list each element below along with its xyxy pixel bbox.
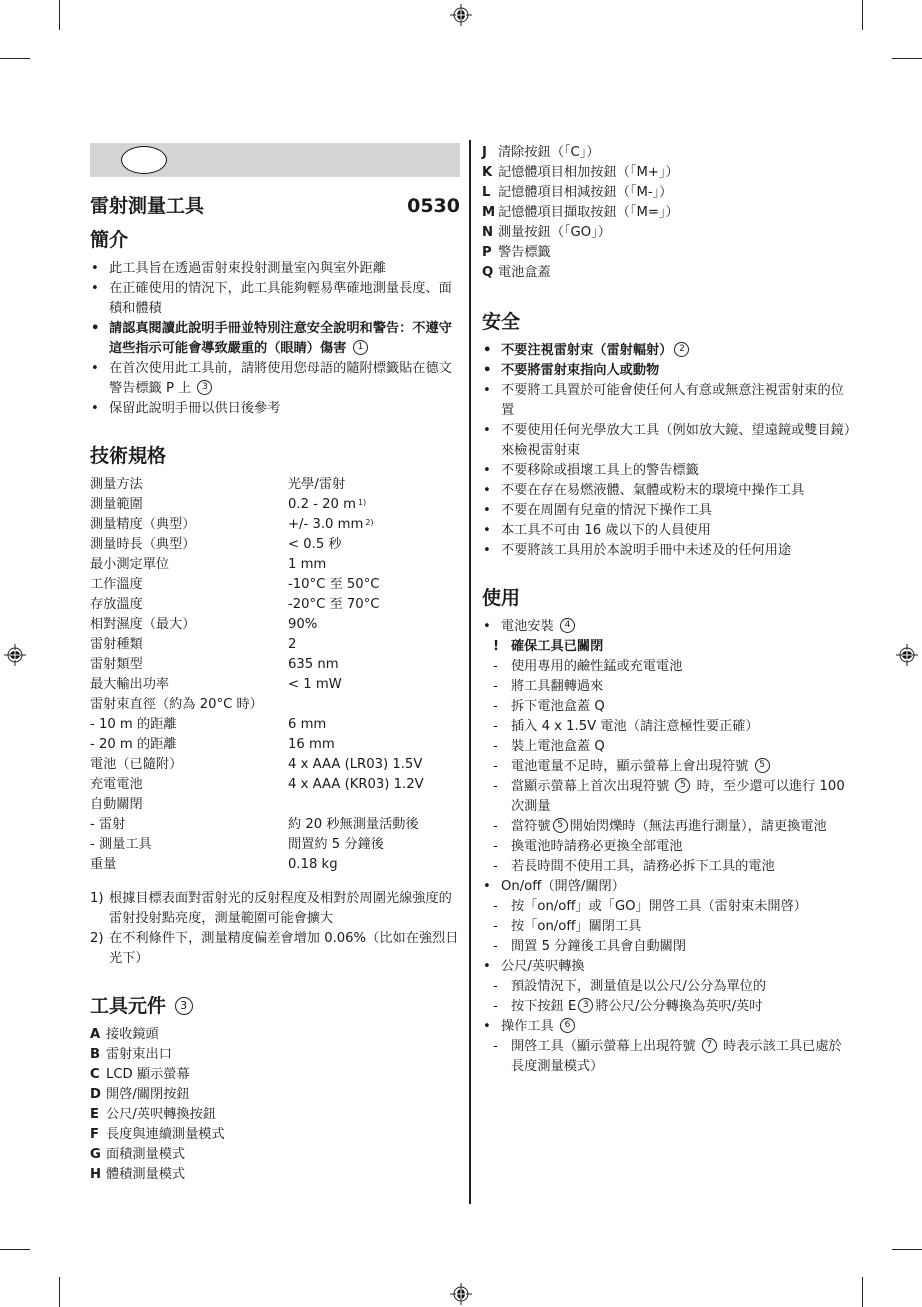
footnotes: 1)根據目標表面對雷射光的反射程度及相對於周圍光線強度的雷射投射點亮度，測量範圍… [90, 889, 460, 969]
document-title: 雷射測量工具 [90, 193, 204, 219]
registration-mark-icon [450, 1283, 472, 1305]
figure-ref-icon: 3 [175, 997, 193, 1015]
step-item: -拆下電池盒蓋 Q [482, 697, 854, 717]
document-title-row: 雷射測量工具 0530 [90, 193, 460, 219]
step-item: -當顯示螢幕上首次出現符號 5 時，至少還可以進行 100 次測量 [482, 777, 854, 817]
figure-ref-icon: 2 [674, 342, 689, 357]
left-column: 雷射測量工具 0530 簡介 此工具旨在透過雷射束投射測量室內與室外距離 在正確… [90, 143, 460, 1185]
parts-list: A接收鏡頭 B雷射束出口 CLCD 顯示螢幕 D開啓/關閉按鈕 E公尺/英呎轉換… [90, 1025, 460, 1185]
list-item-battery: 電池安裝 4 [482, 617, 854, 637]
list-item: K記憶體項目相加按鈕（「M+」） [482, 163, 854, 183]
list-item-units: 公尺/英呎轉換 [482, 957, 854, 977]
safety-heading: 安全 [482, 309, 854, 335]
step-item: -換電池時請務必更換全部電池 [482, 837, 854, 857]
list-item: 保留此說明手冊以供日後參考 [90, 399, 460, 419]
footnote: 2)在不利條件下，測量精度偏差會增加 0.06%（比如在強烈日光下） [90, 929, 460, 969]
table-row: 測量時長（典型）< 0.5 秒 [90, 535, 460, 555]
table-row: - 雷射約 20 秒無測量活動後 [90, 815, 460, 835]
table-row: 測量方法光學/雷射 [90, 475, 460, 495]
list-item: 不要將工具置於可能會使任何人有意或無意注視雷射束的位置 [482, 381, 854, 421]
list-item: F長度與連續測量模式 [90, 1125, 460, 1145]
registration-mark-icon [896, 644, 918, 666]
parts-heading: 工具元件 3 [90, 993, 460, 1019]
crop-mark [0, 58, 30, 59]
list-item: L記憶體項目相減按鈕（「M-」） [482, 183, 854, 203]
battery-symbol-ref-icon: 5 [553, 818, 568, 833]
list-item: 在首次使用此工具前，請將使用您母語的隨附標籤貼在德文警告標籤 P 上 3 [90, 359, 460, 399]
model-number: 0530 [407, 193, 460, 219]
figure-ref-icon: 1 [353, 340, 368, 355]
usage-heading: 使用 [482, 585, 854, 611]
crop-mark [862, 0, 863, 30]
usage-list-operate: 操作工具 6 [482, 1017, 854, 1037]
table-row: 電池（已隨附）4 x AAA (LR03) 1.5V [90, 755, 460, 775]
step-item: -電池電量不足時，顯示螢幕上會出現符號 5 [482, 757, 854, 777]
table-row: 工作溫度-10°C 至 50°C [90, 575, 460, 595]
battery-symbol-ref-icon: 5 [755, 758, 770, 773]
list-item: 此工具旨在透過雷射束投射測量室內與室外距離 [90, 259, 460, 279]
figure-ref-icon: 4 [560, 618, 575, 633]
list-item: CLCD 顯示螢幕 [90, 1065, 460, 1085]
language-bar [90, 143, 460, 177]
usage-list-units: 公尺/英呎轉換 [482, 957, 854, 977]
table-row: - 10 m 的距離6 mm [90, 715, 460, 735]
usage-list-onoff: On/off（開啓/關閉） [482, 877, 854, 897]
list-item: 請認真閱讀此說明手冊並特別注意安全說明和警告：不遵守這些指示可能會導致嚴重的（眼… [90, 319, 460, 359]
step-item: -當符號5開始閃爍時（無法再進行測量），請更換電池 [482, 817, 854, 837]
table-row: 雷射種類2 [90, 635, 460, 655]
table-row: 最大輸出功率< 1 mW [90, 675, 460, 695]
list-item: B雷射束出口 [90, 1045, 460, 1065]
table-row: 測量範圍0.2 - 20 m1) [90, 495, 460, 515]
list-item: 不要注視雷射束（雷射輻射）2 [482, 341, 854, 361]
table-row: 測量精度（典型）+/- 3.0 mm2) [90, 515, 460, 535]
figure-ref-icon: 3 [197, 380, 212, 395]
language-badge [121, 146, 167, 174]
parts-list-continued: J清除按鈕（「C」） K記憶體項目相加按鈕（「M+」） L記憶體項目相減按鈕（「… [482, 143, 854, 283]
exclamation-icon: ! [493, 637, 499, 657]
warning-note: !確保工具已關閉 [482, 637, 854, 657]
crop-mark [59, 1277, 60, 1307]
step-item: -按下按鈕 E3將公尺/公分轉換為英呎/英吋 [482, 997, 854, 1017]
intro-heading: 簡介 [90, 227, 460, 253]
table-row: - 測量工具閒置約 5 分鐘後 [90, 835, 460, 855]
table-row: 相對濕度（最大）90% [90, 615, 460, 635]
table-row: - 20 m 的距離16 mm [90, 735, 460, 755]
figure-ref-icon: 3 [578, 998, 593, 1013]
column-divider [469, 140, 471, 1204]
list-item: 不要在存在易燃液體、氣體或粉末的環境中操作工具 [482, 481, 854, 501]
list-item: E公尺/英呎轉換按鈕 [90, 1105, 460, 1125]
step-item: -若長時間不使用工具，請務必拆下工具的電池 [482, 857, 854, 877]
list-item: 不要移除或損壞工具上的警告標籤 [482, 461, 854, 481]
step-item: -預設情況下，測量值是以公尺/公分為單位的 [482, 977, 854, 997]
table-row: 最小測定單位1 mm [90, 555, 460, 575]
crop-mark [892, 1249, 922, 1250]
table-row: 重量0.18 kg [90, 855, 460, 875]
step-item: -按「on/off」或「GO」開啓工具（雷射束未開啓） [482, 897, 854, 917]
step-item: -閒置 5 分鐘後工具會自動關閉 [482, 937, 854, 957]
figure-ref-icon: 6 [560, 1018, 575, 1033]
step-item: -開啓工具（顯示螢幕上出現符號 7 時表示該工具已處於長度測量模式） [482, 1037, 854, 1077]
table-row: 存放溫度-20°C 至 70°C [90, 595, 460, 615]
table-row: 充電電池4 x AAA (KR03) 1.2V [90, 775, 460, 795]
list-item: 在正確使用的情況下，此工具能夠輕易準確地測量長度、面積和體積 [90, 279, 460, 319]
list-item-onoff: On/off（開啓/關閉） [482, 877, 854, 897]
list-item: H體積測量模式 [90, 1165, 460, 1185]
footnote: 1)根據目標表面對雷射光的反射程度及相對於周圍光線強度的雷射投射點亮度，測量範圍… [90, 889, 460, 929]
list-item: J清除按鈕（「C」） [482, 143, 854, 163]
crop-mark [892, 58, 922, 59]
step-item: -裝上電池盒蓋 Q [482, 737, 854, 757]
list-item: D開啓/關閉按鈕 [90, 1085, 460, 1105]
list-item: M記憶體項目擷取按鈕（「M=」） [482, 203, 854, 223]
step-item: -使用專用的鹼性錳或充電電池 [482, 657, 854, 677]
list-item: Q電池盒蓋 [482, 263, 854, 283]
crop-mark [862, 1277, 863, 1307]
right-column: J清除按鈕（「C」） K記憶體項目相加按鈕（「M+」） L記憶體項目相減按鈕（「… [482, 143, 854, 1077]
crop-mark [59, 0, 60, 30]
list-item: 不要使用任何光學放大工具（例如放大鏡、望遠鏡或雙目鏡）來檢視雷射束 [482, 421, 854, 461]
safety-list: 不要注視雷射束（雷射輻射）2 不要將雷射束指向人或動物 不要將工具置於可能會使任… [482, 341, 854, 561]
battery-symbol-ref-icon: 5 [675, 778, 690, 793]
list-item: P警告標籤 [482, 243, 854, 263]
list-item: 不要將雷射束指向人或動物 [482, 361, 854, 381]
usage-list: 電池安裝 4 [482, 617, 854, 637]
table-row: 雷射束直徑（約為 20°C 時） [90, 695, 460, 715]
list-item-operate: 操作工具 6 [482, 1017, 854, 1037]
list-item: 不要將該工具用於本說明手冊中未述及的任何用途 [482, 541, 854, 561]
list-item: 本工具不可由 16 歲以下的人員使用 [482, 521, 854, 541]
specs-heading: 技術規格 [90, 443, 460, 469]
crop-mark [0, 1249, 30, 1250]
length-mode-symbol-ref-icon: 7 [702, 1038, 717, 1053]
step-item: -插入 4 x 1.5V 電池（請注意極性要正確） [482, 717, 854, 737]
step-item: -按「on/off」關閉工具 [482, 917, 854, 937]
registration-mark-icon [4, 644, 26, 666]
table-row: 雷射類型635 nm [90, 655, 460, 675]
specs-table: 測量方法光學/雷射 測量範圍0.2 - 20 m1) 測量精度（典型）+/- 3… [90, 475, 460, 875]
list-item: 不要在周圍有兒童的情況下操作工具 [482, 501, 854, 521]
list-item: G面積測量模式 [90, 1145, 460, 1165]
step-item: -將工具翻轉過來 [482, 677, 854, 697]
list-item: N測量按鈕（「GO」） [482, 223, 854, 243]
list-item: A接收鏡頭 [90, 1025, 460, 1045]
registration-mark-icon [450, 4, 472, 26]
table-row: 自動關閉 [90, 795, 460, 815]
intro-list: 此工具旨在透過雷射束投射測量室內與室外距離 在正確使用的情況下，此工具能夠輕易準… [90, 259, 460, 419]
